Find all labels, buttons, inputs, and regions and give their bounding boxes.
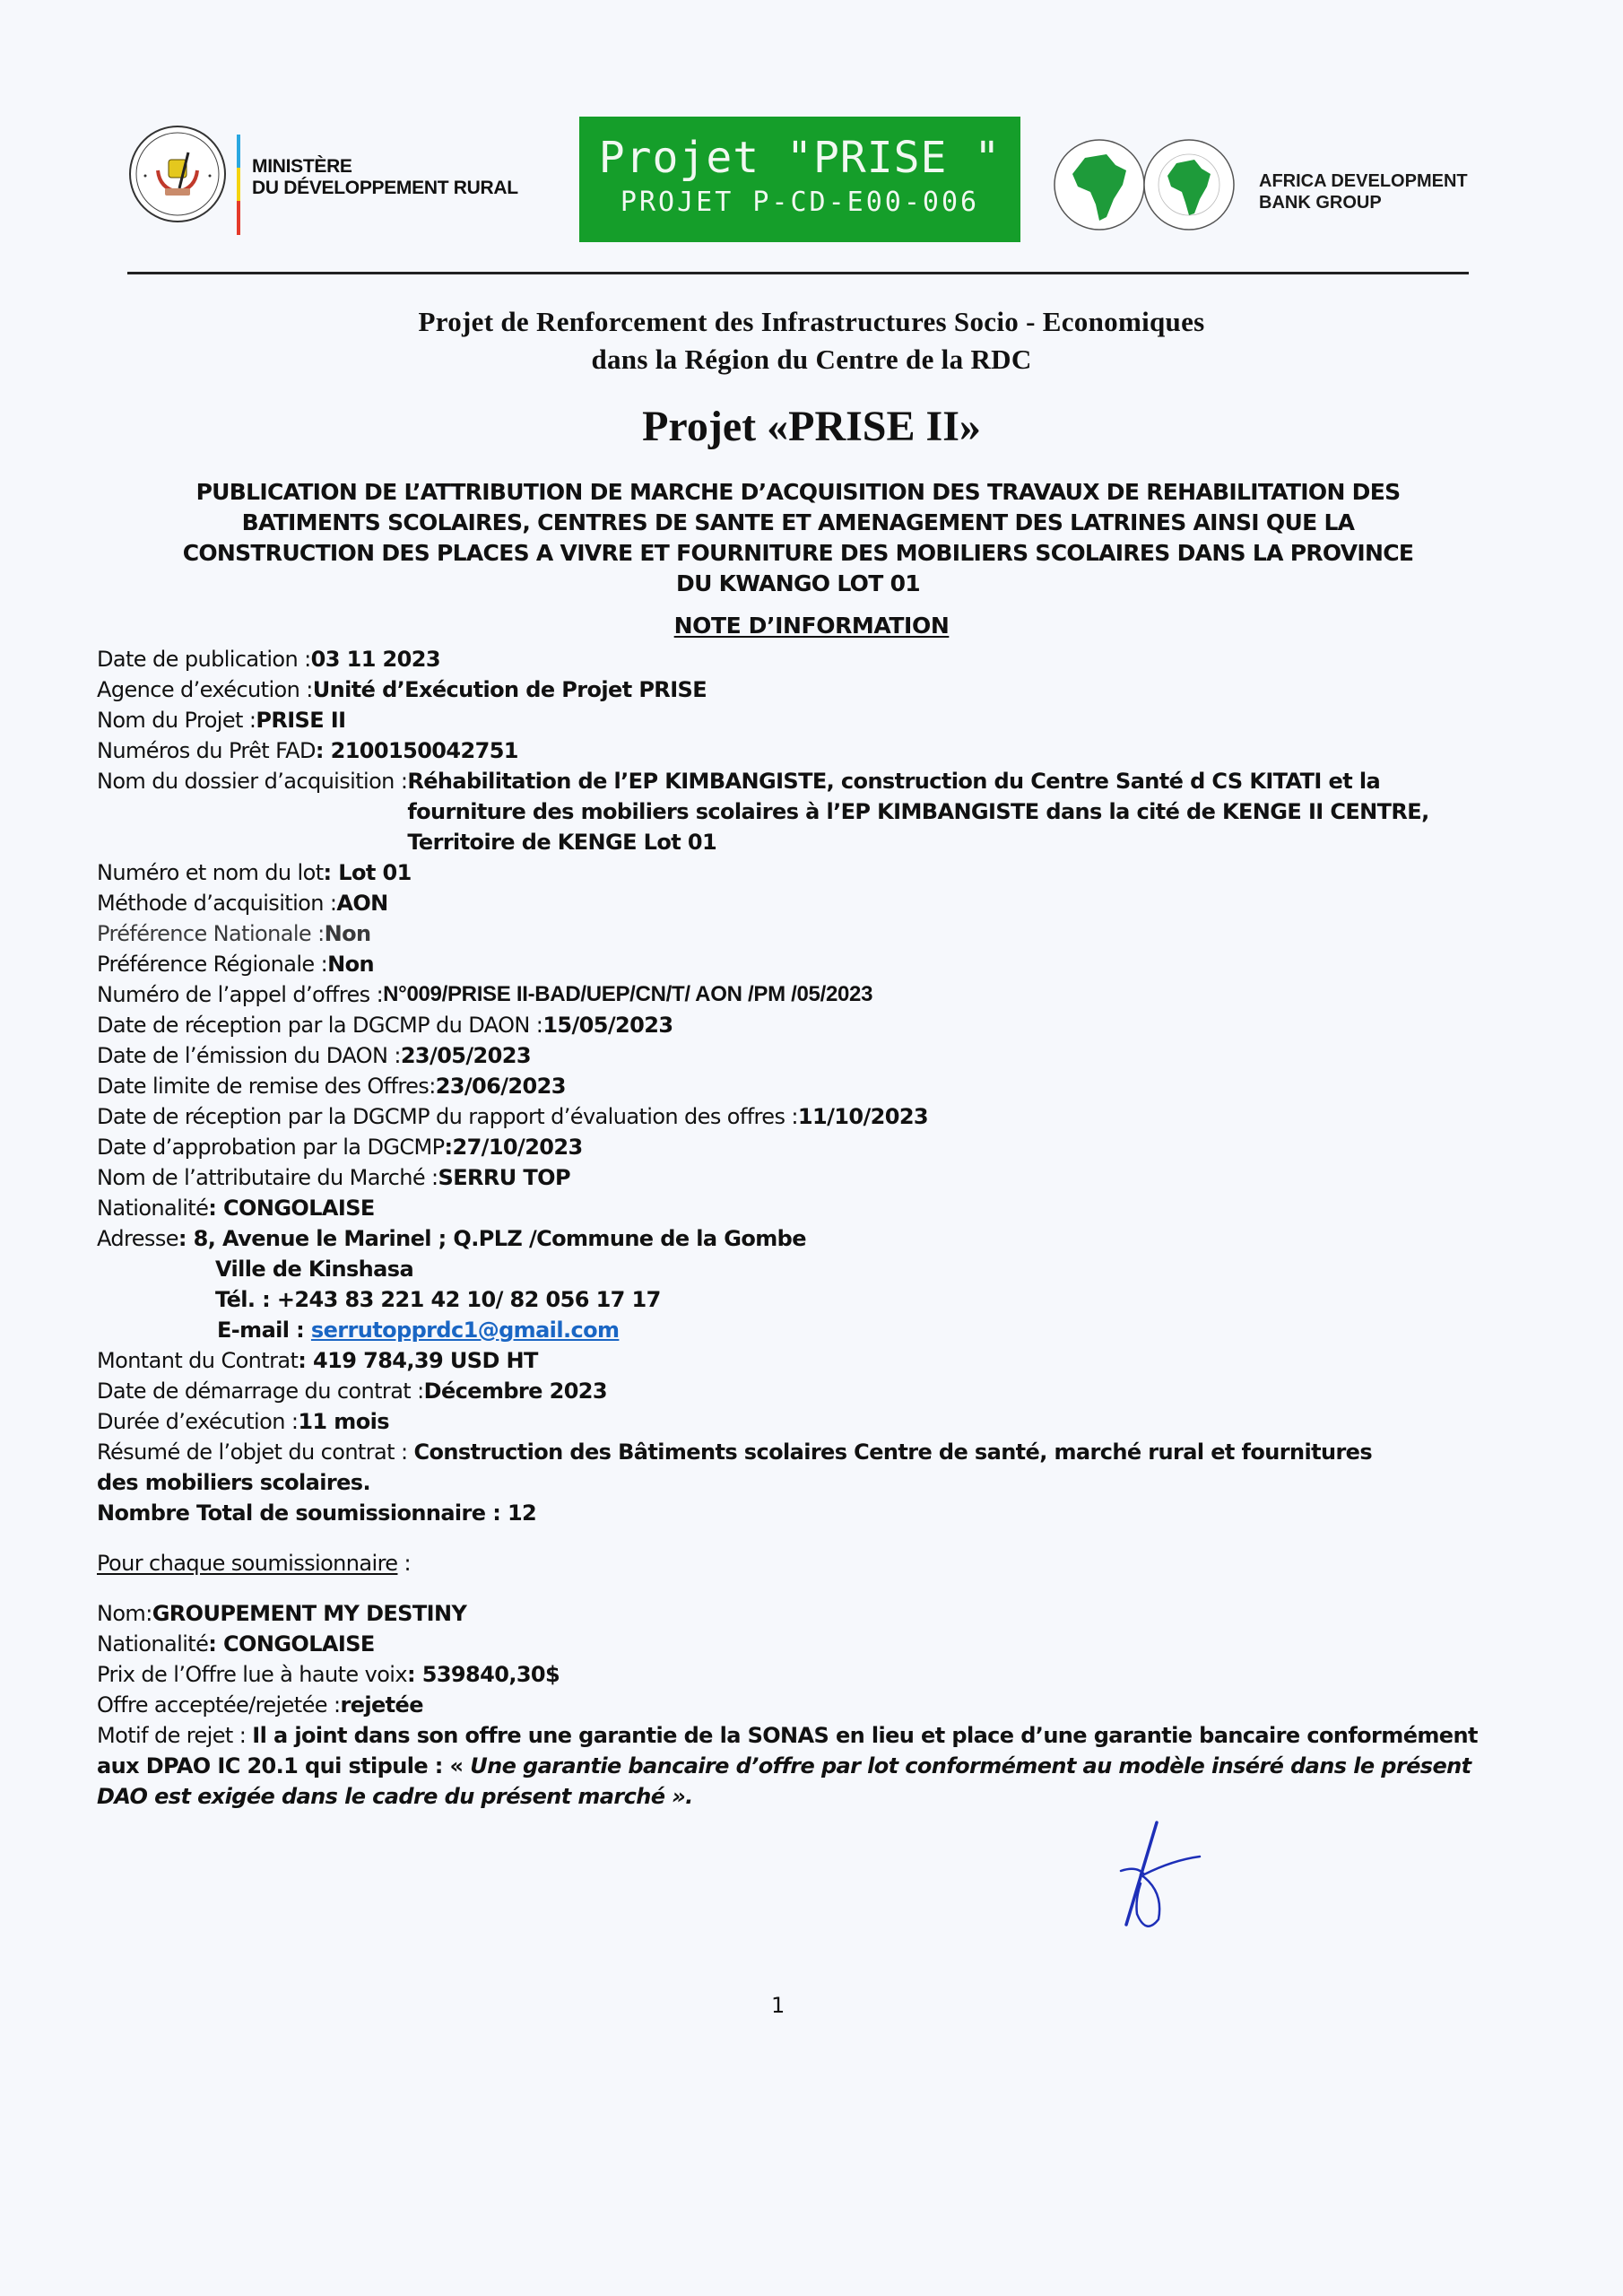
note-heading-wrap: NOTE D’INFORMATION [0,613,1623,639]
note-heading: NOTE D’INFORMATION [674,613,950,639]
bidder-prix: Prix de l’Offre lue à haute voix : 53984… [97,1659,1496,1690]
bidder-motif: Motif de rejet : Il a joint dans son off… [97,1720,1478,1812]
project-logo-title: Projet "PRISE " [579,117,1020,185]
african-development-bank-logos-icon [1051,135,1239,235]
field-dossier: Nom du dossier d’acquisition : Réhabilit… [97,766,1496,857]
publication-title: PUBLICATION DE L’ATTRIBUTION DE MARCHE D… [126,477,1471,599]
field-telephone: Tél. : +243 83 221 42 10/ 82 056 17 17 [97,1284,1496,1315]
email-link[interactable]: serrutopprdc1@gmail.com [311,1318,619,1343]
project-logo-code: PROJET P-CD-E00-006 [579,185,1020,221]
publication-title-line: CONSTRUCTION DES PLACES A VIVRE ET FOURN… [126,538,1471,569]
field-attributaire: Nom de l’attributaire du Marché : SERRU … [97,1162,1496,1193]
bidder-statut: Offre acceptée/rejetée : rejetée [97,1690,1496,1720]
afdb-line-2: BANK GROUP [1259,192,1468,213]
field-lot: Numéro et nom du lot : Lot 01 [97,857,1496,888]
bidder-entry: Nom: GROUPEMENT MY DESTINY Nationalité :… [97,1598,1496,1812]
field-ville: Ville de Kinshasa [97,1254,1496,1284]
field-total-soumissionnaires: Nombre Total de soumissionnaire : 12 [97,1498,1496,1528]
field-reception-rapport: Date de réception par la DGCMP du rappor… [97,1101,1496,1132]
header-divider [127,272,1469,274]
field-appel-offres: Numéro de l’appel d’offres : N°009/PRISE… [97,979,1496,1010]
publication-title-line: PUBLICATION DE L’ATTRIBUTION DE MARCHE D… [126,477,1471,508]
field-nom-projet: Nom du Projet : PRISE II [97,705,1496,735]
drc-government-seal-icon [129,126,226,222]
field-duree: Durée d’exécution : 11 mois [97,1406,1496,1437]
handwritten-signature-icon [1110,1819,1209,1935]
document-page: MINISTÈRE DU DÉVELOPPEMENT RURAL Projet … [0,0,1623,2296]
ministry-line-1: MINISTÈRE [252,156,518,178]
publication-title-line: BATIMENTS SCOLAIRES, CENTRES DE SANTE ET… [126,508,1471,538]
flag-color-bar [237,135,240,235]
subtitle-line-2: dans la Région du Centre de la RDC [0,341,1623,378]
project-prise-logo: Projet "PRISE " PROJET P-CD-E00-006 [579,117,1020,242]
field-nationalite: Nationalité : CONGOLAISE [97,1193,1496,1223]
field-date-publication: Date de publication : 03 11 2023 [97,644,1496,674]
subtitle: Projet de Renforcement des Infrastructur… [0,303,1623,378]
field-approbation: Date d’approbation par la DGCMP :27/10/2… [97,1132,1496,1162]
bidder-nationalite: Nationalité : CONGOLAISE [97,1629,1496,1659]
page-number: 1 [771,1993,785,2018]
field-adresse: Adresse : 8, Avenue le Marinel ; Q.PLZ /… [97,1223,1496,1254]
project-title: Projet «PRISE II» [0,400,1623,454]
information-fields: Date de publication : 03 11 2023 Agence … [97,644,1496,1812]
bidders-heading: Pour chaque soumissionnaire : [97,1548,1496,1578]
field-reception-daon: Date de réception par la DGCMP du DAON :… [97,1010,1496,1040]
field-date-limite: Date limite de remise des Offres:23/06/2… [97,1071,1496,1101]
field-preference-regionale: Préférence Régionale : Non [97,949,1496,979]
field-methode: Méthode d’acquisition : AON [97,888,1496,918]
field-montant: Montant du Contrat : 419 784,39 USD HT [97,1345,1496,1376]
subtitle-line-1: Projet de Renforcement des Infrastructur… [0,303,1623,341]
afdb-name: AFRICA DEVELOPMENT BANK GROUP [1259,170,1468,213]
field-pret-fad: Numéros du Prêt FAD : 2100150042751 [97,735,1496,766]
field-email: E-mail : serrutopprdc1@gmail.com [97,1315,1496,1345]
field-resume: Résumé de l’objet du contrat : Construct… [97,1437,1388,1498]
afdb-line-1: AFRICA DEVELOPMENT [1259,170,1468,192]
field-agence: Agence d’exécution : Unité d’Exécution d… [97,674,1496,705]
field-preference-nationale: Préférence Nationale : Non [97,918,1496,949]
ministry-line-2: DU DÉVELOPPEMENT RURAL [252,178,518,199]
field-emission-daon: Date de l’émission du DAON : 23/05/2023 [97,1040,1496,1071]
publication-title-line: DU KWANGO LOT 01 [126,569,1471,599]
letterhead: MINISTÈRE DU DÉVELOPPEMENT RURAL Projet … [126,117,1471,269]
field-demarrage: Date de démarrage du contrat : Décembre … [97,1376,1496,1406]
bidder-nom: Nom: GROUPEMENT MY DESTINY [97,1598,1496,1629]
ministry-name: MINISTÈRE DU DÉVELOPPEMENT RURAL [252,156,518,199]
